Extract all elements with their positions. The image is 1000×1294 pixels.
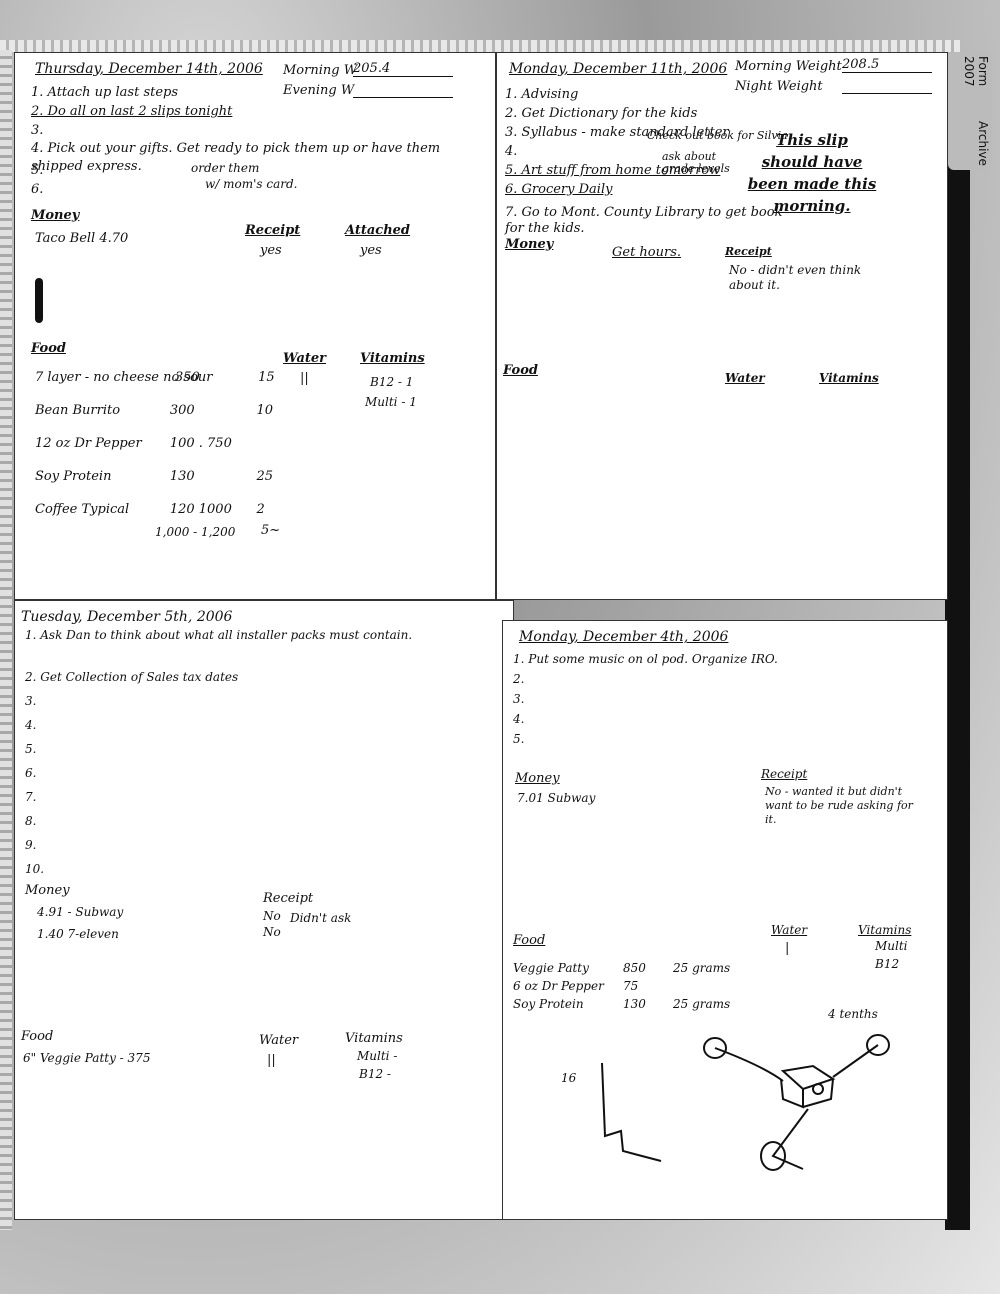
side-note: This slip should have been made this mor… xyxy=(747,129,877,217)
food-label: Food xyxy=(503,363,538,378)
attached-value: yes xyxy=(360,243,382,258)
receipt-value: yes xyxy=(260,243,282,258)
task-note: w/ mom's card. xyxy=(205,177,298,191)
vitamin-item: Multi - 1 xyxy=(365,395,417,409)
ink-mark xyxy=(35,278,43,323)
morning-weight-label: Morning W xyxy=(283,63,357,78)
water-value: || xyxy=(300,371,309,386)
food-protein: 15 xyxy=(258,370,295,385)
binder-sheet-edge-left xyxy=(0,50,12,1230)
water-label: Water xyxy=(259,1033,298,1048)
money-label: Money xyxy=(31,208,79,223)
food-item: Soy Protein xyxy=(35,469,170,484)
vitamins-label: Vitamins xyxy=(360,351,425,366)
food-protein: 25 xyxy=(256,469,295,484)
task-item: 2. Get Collection of Sales tax dates xyxy=(25,665,238,689)
food-table: 7 layer - no cheese no sour35015Bean Bur… xyxy=(35,361,295,526)
tab-label-line1: Form 2007 xyxy=(950,56,990,119)
water-value: || xyxy=(267,1053,276,1068)
task-item: 1. Advising xyxy=(505,85,745,104)
food-item: 7 layer - no cheese no sour xyxy=(35,370,175,385)
task-item: 2. Do all on last 2 slips tonight xyxy=(31,102,331,121)
food-item: 6" Veggie Patty - 375 xyxy=(23,1051,150,1065)
task-note: ask about grade levels xyxy=(662,151,732,175)
task-item: 1. Ask Dan to think about what all insta… xyxy=(25,629,495,642)
food-row: 7 layer - no cheese no sour35015 xyxy=(35,361,295,394)
vitamin-item: B12 - 1 xyxy=(370,375,413,389)
task-item: 3. xyxy=(25,689,238,713)
food-label: Food xyxy=(21,1029,53,1044)
money-label: Money xyxy=(25,883,70,898)
receipt-note: Didn't ask xyxy=(290,911,351,925)
receipt-value: No - didn't even think about it. xyxy=(729,263,879,293)
task-item: 6. xyxy=(25,761,238,785)
money-label: Money xyxy=(505,237,553,252)
slip-date: Monday, December 11th, 2006 xyxy=(509,61,727,77)
vitamin-item: Multi - xyxy=(357,1049,397,1063)
morning-weight-label: Morning Weight xyxy=(735,59,842,74)
protein-total: 5~ xyxy=(261,523,280,538)
food-item: 12 oz Dr Pepper xyxy=(35,436,170,451)
night-weight-label: Night Weight xyxy=(735,79,823,94)
hand-drawn-sketch xyxy=(503,621,949,1221)
task-item: 6. xyxy=(31,180,43,199)
slip-date: Thursday, December 14th, 2006 xyxy=(35,61,263,77)
evening-weight-value xyxy=(353,81,453,98)
money-item: 4.91 - Subway xyxy=(37,905,123,919)
slip-date: Tuesday, December 5th, 2006 xyxy=(21,609,232,625)
tab-label-line2: Archive xyxy=(950,121,990,166)
receipt-label: Receipt xyxy=(725,245,772,258)
morning-weight-value: 208.5 xyxy=(842,57,932,73)
receipt-label: Receipt xyxy=(263,891,313,906)
vitamins-label: Vitamins xyxy=(345,1031,403,1046)
food-protein: 2 xyxy=(256,502,295,517)
task-item: 3. xyxy=(31,121,331,140)
vitamin-item: B12 - xyxy=(359,1067,391,1081)
slip-monday-dec-4: Monday, December 4th, 2006 1. Put some m… xyxy=(502,620,948,1220)
food-calories: 130 xyxy=(170,469,257,484)
money-item: 1.40 7-eleven xyxy=(37,927,119,941)
night-weight-value xyxy=(842,77,932,94)
food-row: Coffee Typical120 10002 xyxy=(35,493,295,526)
food-calories: 120 1000 xyxy=(170,502,257,517)
water-label: Water xyxy=(725,371,765,385)
task-note: order them xyxy=(191,161,259,175)
task-item: 7. xyxy=(25,785,238,809)
task-item: 2. Get Dictionary for the kids xyxy=(505,104,745,123)
food-protein: 10 xyxy=(256,403,295,418)
slip-monday-dec-11: Monday, December 11th, 2006 Morning Weig… xyxy=(496,52,948,600)
task-item: 5. xyxy=(25,737,238,761)
receipt-value: No xyxy=(263,925,281,939)
slip-thursday-dec-14: Thursday, December 14th, 2006 Morning W … xyxy=(14,52,496,600)
divider-tab: Form 2007 Archive xyxy=(948,52,992,170)
vitamins-label: Vitamins xyxy=(819,371,879,385)
binder-sheet-edge-top xyxy=(0,40,960,52)
food-item: Bean Burrito xyxy=(35,403,170,418)
task-item: 5. xyxy=(31,161,43,180)
attached-label: Attached xyxy=(345,223,410,238)
slip-tuesday-dec-5: Tuesday, December 5th, 2006 1. Ask Dan t… xyxy=(14,600,514,1220)
food-item: Coffee Typical xyxy=(35,502,170,517)
money-note: Get hours. xyxy=(612,245,681,260)
food-calories: 300 xyxy=(170,403,257,418)
food-calories: 100 . 750 xyxy=(170,436,257,451)
morning-weight-value: 205.4 xyxy=(353,61,453,77)
food-label: Food xyxy=(31,341,66,356)
task-item: 4. xyxy=(25,713,238,737)
money-item: Taco Bell 4.70 xyxy=(35,231,128,246)
food-total: 1,000 - 1,200 xyxy=(155,525,235,539)
task-item: 6. Grocery Daily xyxy=(505,180,745,199)
receipt-label: Receipt xyxy=(245,223,300,238)
food-row: Soy Protein13025 xyxy=(35,460,295,493)
food-row: Bean Burrito30010 xyxy=(35,394,295,427)
task-item: 10. xyxy=(25,857,238,881)
task-item: 1. Attach up last steps xyxy=(31,83,331,102)
task-item: 8. xyxy=(25,809,238,833)
food-calories: 350 xyxy=(175,370,258,385)
receipt-value: No xyxy=(263,909,281,923)
task-item: 9. xyxy=(25,833,238,857)
food-row: 12 oz Dr Pepper100 . 750 xyxy=(35,427,295,460)
